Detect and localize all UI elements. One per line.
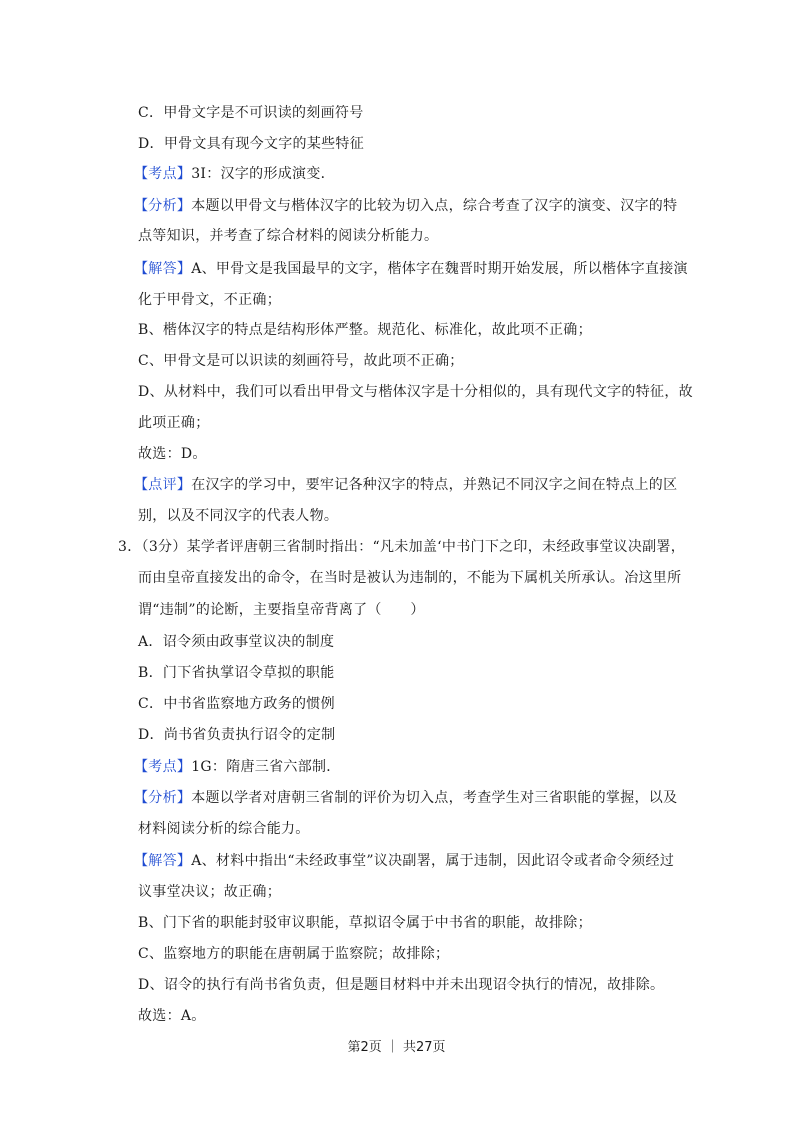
option-text: 门下省执掌诏令草拟的职能	[163, 665, 335, 681]
fenxi-line: 本题以甲骨文与楷体汉字的比较为切入点，综合考查了汉字的演变、汉字的特	[191, 198, 677, 214]
fenxi-tag: 【分析】	[134, 198, 191, 214]
option-label: C．	[138, 105, 163, 121]
q3-jieda-line: C、监察地方的职能在唐朝属于监察院；故排除；	[138, 944, 449, 964]
q2-jieda-line: 化于甲骨文，不正确；	[138, 290, 281, 310]
jieda-line: A、甲骨文是我国最早的文字，楷体字在魏晋时期开始发展，所以楷体字直接演	[191, 261, 688, 277]
q2-jieda-line: D、从材料中，我们可以看出甲骨文与楷体汉字是十分相似的，具有现代文字的特征，故	[138, 382, 693, 402]
jieda-line: A、材料中指出“未经政事堂”议决副署，属于违制，因此诏令或者命令须经过	[191, 853, 674, 869]
q2-answer: 故选：D。	[138, 444, 207, 464]
q2-jieda-line: C、甲骨文是可以识读的刻画符号，故此项不正确；	[138, 351, 464, 371]
q3-stem-line: 谓“违制”的论断，主要指皇帝背离了（ ）	[138, 600, 425, 620]
jieda-tag: 【解答】	[134, 853, 191, 869]
q2-kaodian: 【考点】3I：汉字的形成演变．	[134, 164, 335, 184]
q2-fenxi-cont: 点等知识，并考查了综合材料的阅读分析能力。	[138, 226, 438, 246]
q3-jieda-line: 议事堂决议；故正确；	[138, 882, 281, 902]
stem-line: （3分）某学者评唐朝三省制时指出：“凡未加盖‘中书门下之印，未经政事堂议决副署，	[142, 539, 686, 555]
q2-fenxi: 【分析】本题以甲骨文与楷体汉字的比较为切入点，综合考查了汉字的演变、汉字的特	[134, 196, 677, 216]
jieda-tag: 【解答】	[134, 261, 191, 277]
q3-jieda-line: D、诏令的执行有尚书省负责，但是题目材料中并未出现诏令执行的情况，故排除。	[138, 975, 664, 995]
q3-option-b: B．门下省执掌诏令草拟的职能	[138, 663, 335, 683]
option-text: 诏令须由政事堂议决的制度	[163, 634, 335, 650]
q3-option-c: C．中书省监察地方政务的惯例	[138, 694, 335, 714]
kaodian-tag: 【考点】	[134, 759, 191, 775]
q3-jieda: 【解答】A、材料中指出“未经政事堂”议决副署，属于违制，因此诏令或者命令须经过	[134, 851, 674, 871]
q2-jieda-line: 此项正确；	[138, 413, 210, 433]
option-text: 甲骨文字是不可识读的刻画符号	[163, 105, 363, 121]
q3-stem-line: 而由皇帝直接发出的命令，在当时是被认为违制的，不能为下属机关所承认。冶这里所	[138, 568, 681, 588]
q3-answer: 故选：A。	[138, 1006, 206, 1026]
page-footer: 第2页 ｜ 共27页	[0, 1036, 793, 1055]
kaodian-text: 3I：汉字的形成演变．	[191, 166, 335, 182]
option-text: 尚书省负责执行诏令的定制	[164, 727, 336, 743]
option-label: D．	[138, 727, 164, 743]
q3-jieda-line: B、门下省的职能封驳审议职能，草拟诏令属于中书省的职能，故排除；	[138, 913, 592, 933]
q3-stem: 3．（3分）某学者评唐朝三省制时指出：“凡未加盖‘中书门下之印，未经政事堂议决副…	[118, 537, 685, 557]
option-label: A．	[138, 634, 163, 650]
kaodian-text: 1G：隋唐三省六部制．	[191, 759, 340, 775]
q2-dianping: 【点评】在汉字的学习中，要牢记各种汉字的特点，并熟记不同汉字之间在特点上的区	[134, 475, 677, 495]
kaodian-tag: 【考点】	[134, 166, 191, 182]
option-label: D．	[138, 136, 164, 152]
fenxi-tag: 【分析】	[134, 790, 191, 806]
option-text: 甲骨文具有现今文字的某些特征	[164, 136, 364, 152]
q2-option-c: C．甲骨文字是不可识读的刻画符号	[138, 103, 364, 123]
option-text: 中书省监察地方政务的惯例	[163, 696, 335, 712]
question-number: 3．	[118, 539, 142, 555]
dianping-line: 在汉字的学习中，要牢记各种汉字的特点，并熟记不同汉字之间在特点上的区	[191, 477, 677, 493]
q2-option-d: D．甲骨文具有现今文字的某些特征	[138, 134, 364, 154]
option-label: C．	[138, 696, 163, 712]
q2-dianping-cont: 别，以及不同汉字的代表人物。	[138, 506, 338, 526]
q3-fenxi-cont: 材料阅读分析的综合能力。	[138, 819, 310, 839]
dianping-tag: 【点评】	[134, 477, 191, 493]
document-page: C．甲骨文字是不可识读的刻画符号 D．甲骨文具有现今文字的某些特征 【考点】3I…	[0, 0, 793, 1122]
q3-option-d: D．尚书省负责执行诏令的定制	[138, 725, 335, 745]
option-label: B．	[138, 665, 163, 681]
fenxi-line: 本题以学者对唐朝三省制的评价为切入点，考查学生对三省职能的掌握，以及	[191, 790, 677, 806]
q3-option-a: A．诏令须由政事堂议决的制度	[138, 632, 334, 652]
q3-kaodian: 【考点】1G：隋唐三省六部制．	[134, 757, 341, 777]
q2-jieda: 【解答】A、甲骨文是我国最早的文字，楷体字在魏晋时期开始发展，所以楷体字直接演	[134, 259, 688, 279]
q3-fenxi: 【分析】本题以学者对唐朝三省制的评价为切入点，考查学生对三省职能的掌握，以及	[134, 788, 677, 808]
q2-jieda-line: B、楷体汉字的特点是结构形体严整。规范化、标准化，故此项不正确；	[138, 320, 592, 340]
